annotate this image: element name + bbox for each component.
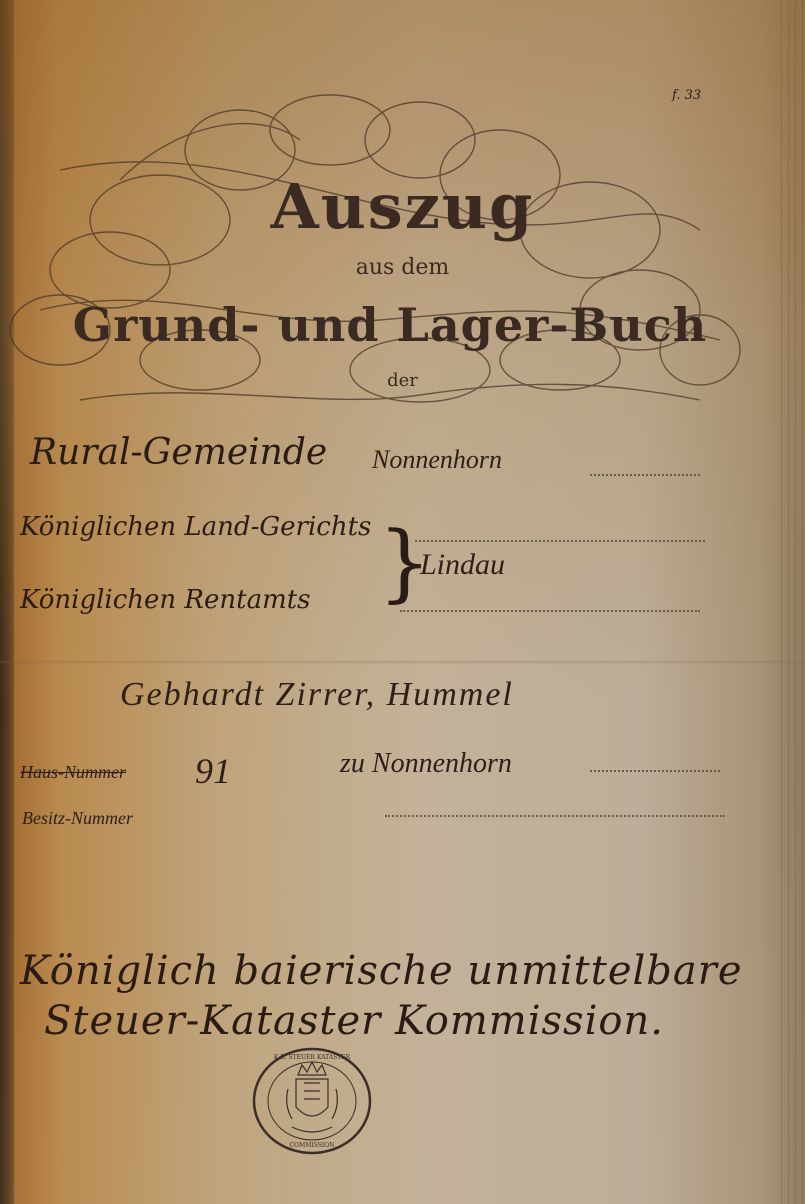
register-book-title: Grund- und Lager-Buch [40, 298, 740, 352]
rentamt-label: Königlichen Rentamts [20, 585, 311, 615]
landgericht-label: Königlichen Land-Gerichts [20, 512, 371, 542]
house-number-value: 91 [195, 750, 231, 792]
document-subtitle: aus dem [0, 255, 805, 280]
title-connector: der [0, 370, 805, 391]
rentamt-dotted-line [400, 610, 700, 612]
official-seal-stamp: K.B. STEUER KATASTER COMMISSION [250, 1045, 374, 1157]
house-number-label: Haus-Nummer [20, 762, 126, 783]
house-dotted-line [590, 770, 720, 772]
owner-name: Gebhardt Zirrer, Hummel [120, 676, 514, 714]
house-place-value: zu Nonnenhorn [340, 748, 512, 780]
gemeinde-value: Nonnenhorn [372, 445, 502, 475]
authority-line-2: Steuer-Kataster Kommission. [44, 998, 664, 1044]
landgericht-dotted-line [415, 540, 705, 542]
property-dotted-line [385, 815, 725, 817]
authority-line-1: Königlich baierische unmittelbare [20, 948, 743, 994]
svg-text:K.B. STEUER KATASTER: K.B. STEUER KATASTER [274, 1054, 351, 1061]
document-title: Auszug [0, 170, 805, 243]
svg-text:COMMISSION: COMMISSION [290, 1142, 335, 1149]
page-fold-line [0, 660, 805, 664]
property-number-label: Besitz-Nummer [22, 808, 133, 829]
gemeinde-dotted-line [590, 474, 700, 476]
district-value: Lindau [420, 548, 505, 582]
gemeinde-label: Rural-Gemeinde [30, 432, 327, 473]
